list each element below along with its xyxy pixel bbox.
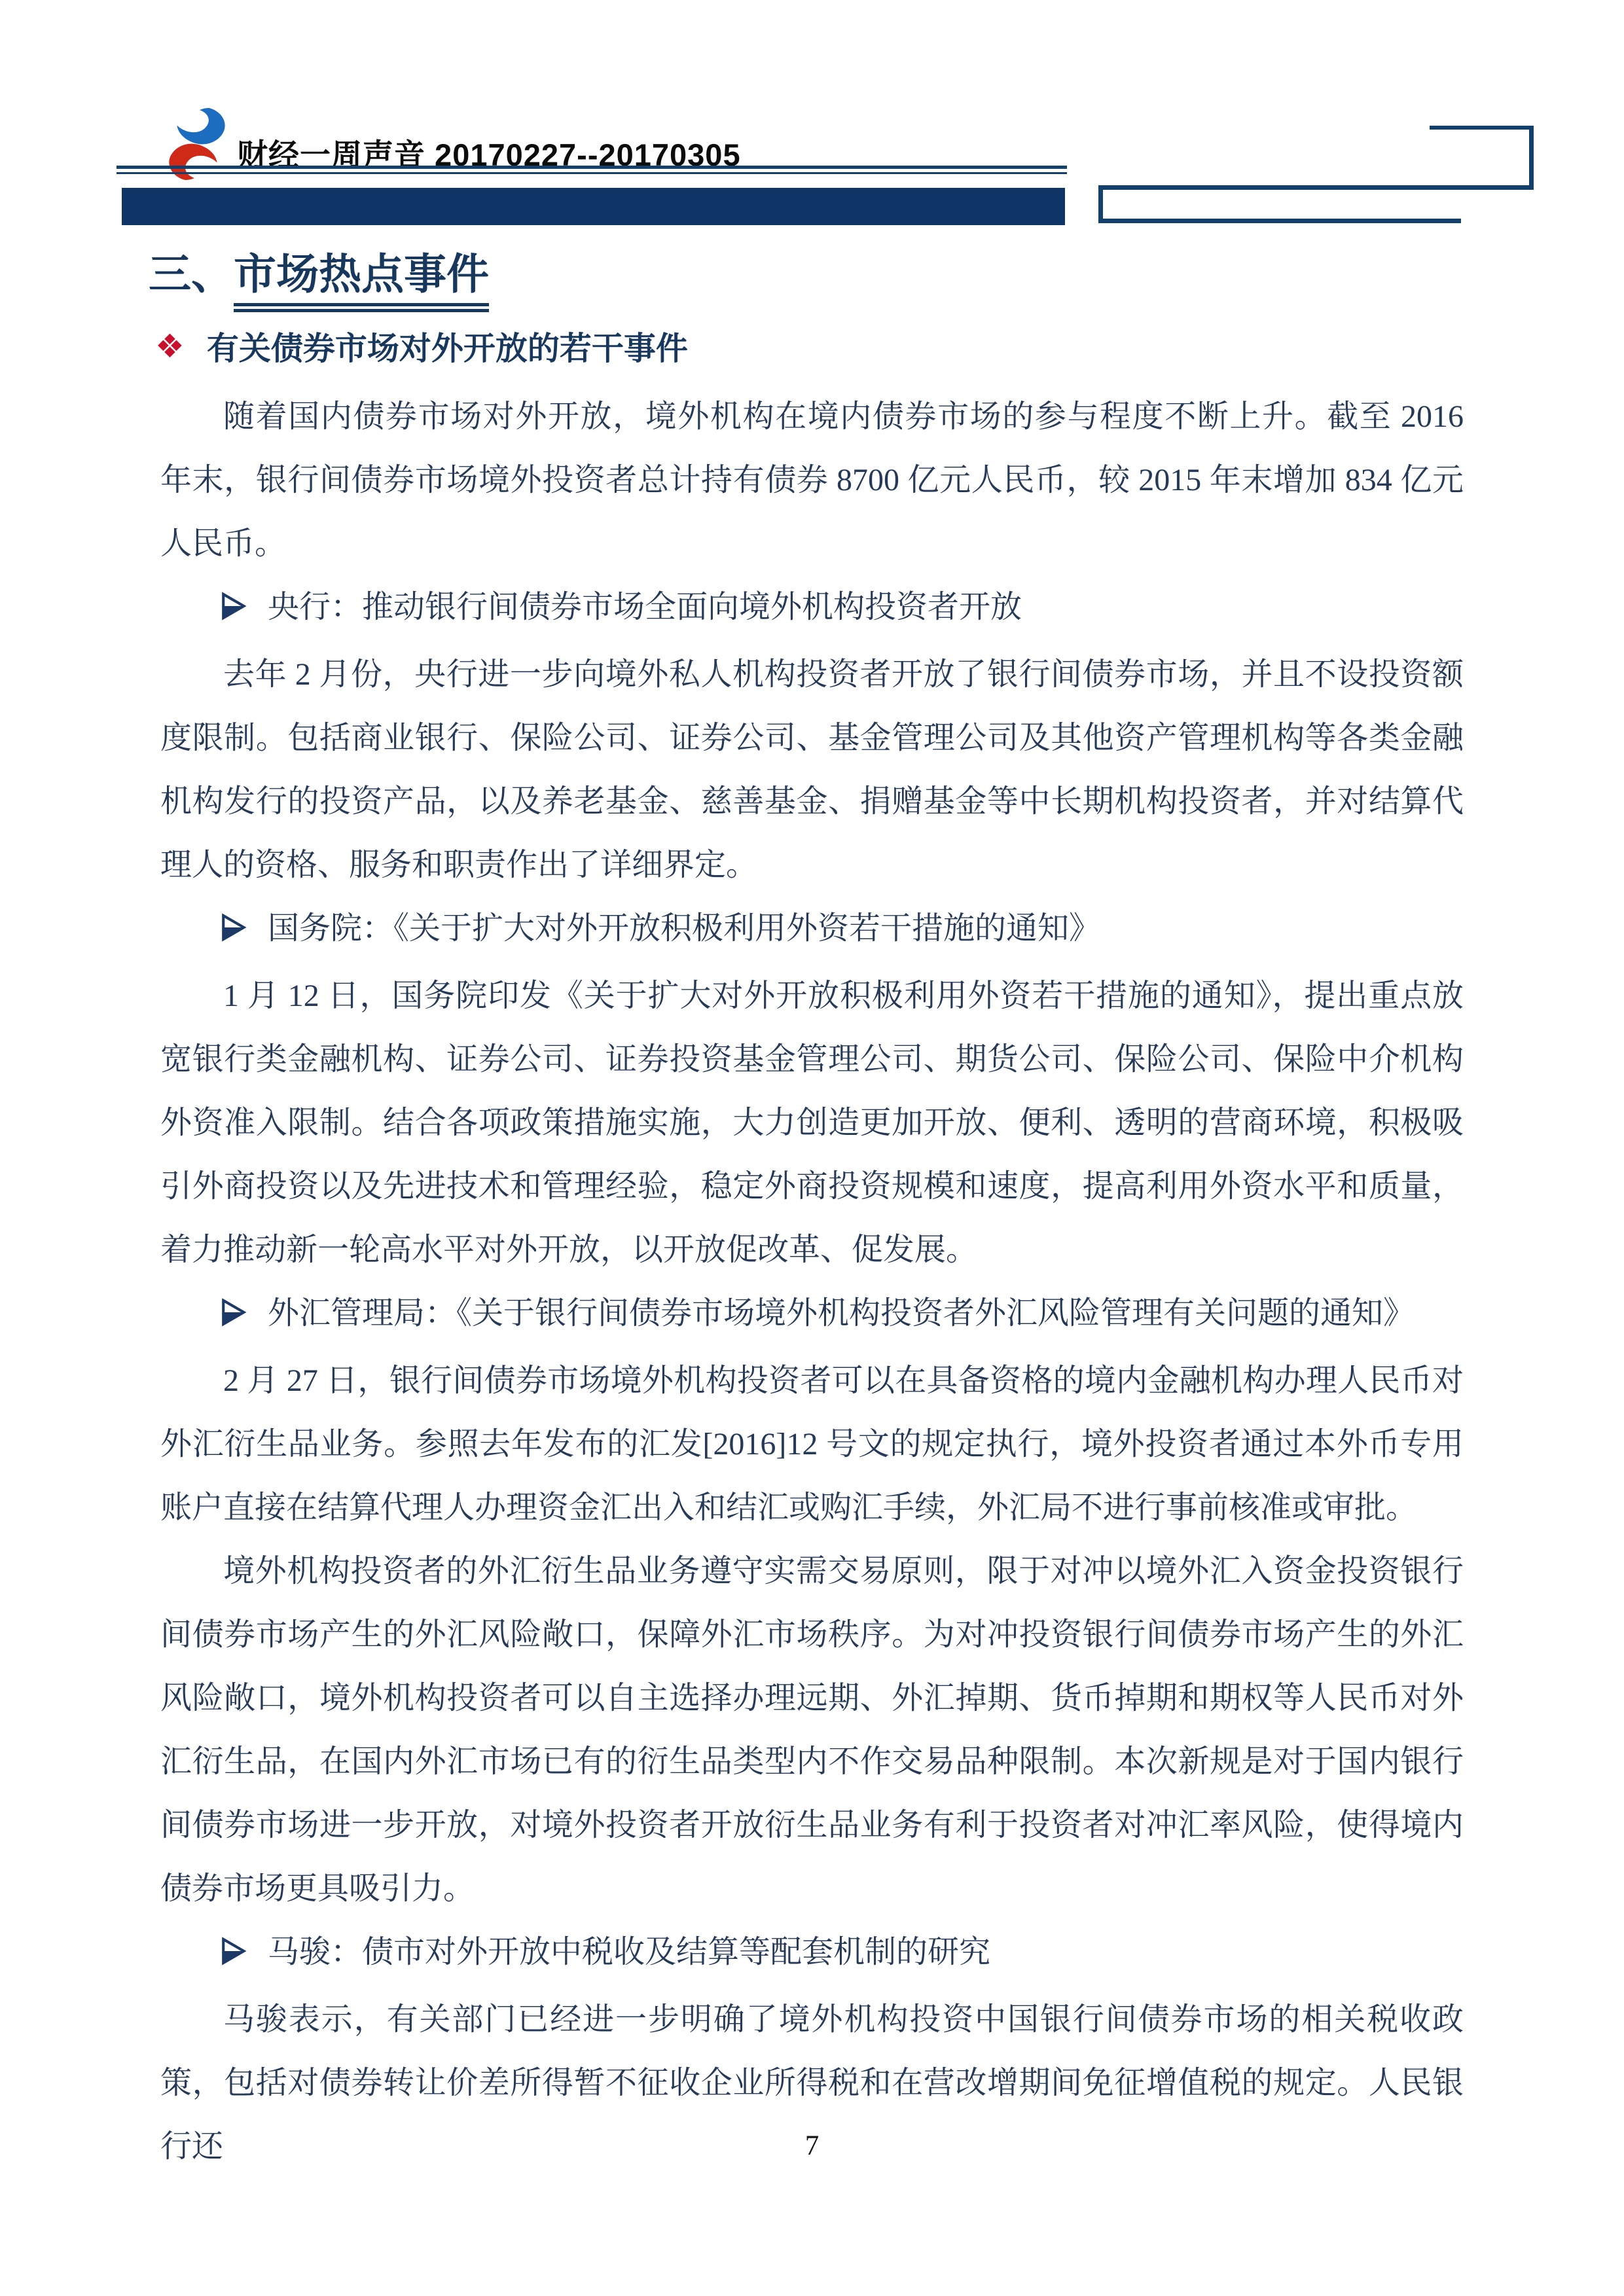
arrow-bullet-icon [218,1285,248,1349]
section-number: 三、 [149,251,234,298]
corner-frame-bottom-line [1098,219,1461,223]
corner-frame-top-line [1430,126,1533,130]
red-diamond-cluster-icon: ❖ [155,330,185,363]
corner-frame-middle-line [1098,185,1534,190]
content-area: 随着国内债券市场对外开放，境外机构在境内债券市场的参与程度不断上升。截至 201… [160,385,1464,2178]
topic-row: ❖ 有关债券市场对外开放的若干事件 [155,323,688,369]
navy-banner-bar [122,188,1065,225]
arrow-bullet-icon [218,579,248,643]
topic-title: 有关债券市场对外开放的若干事件 [207,323,688,369]
logo-red-swoosh [169,144,217,180]
section-title: 市场热点事件 [234,251,489,312]
body-paragraph: 2 月 27 日，银行间债券市场境外机构投资者可以在具备资格的境内金融机构办理人… [160,1349,1464,1539]
bullet-item: 央行：推动银行间债券市场全面向境外机构投资者开放 [160,575,1464,643]
arrow-bullet-icon [218,901,248,964]
bullet-text: 外汇管理局：《关于银行间债券市场境外机构投资者外汇风险管理有关问题的通知》 [268,1296,1415,1331]
bullet-item: 马骏：债市对外开放中税收及结算等配套机制的研究 [160,1920,1464,1988]
arrow-bullet-icon [218,1924,248,1988]
bullet-item: 国务院：《关于扩大对外开放积极利用外资若干措施的通知》 [160,897,1464,964]
body-paragraph: 随着国内债券市场对外开放，境外机构在境内债券市场的参与程度不断上升。截至 201… [160,385,1464,575]
corner-frame-left-line [1098,185,1103,223]
bullet-text: 国务院：《关于扩大对外开放积极利用外资若干措施的通知》 [268,911,1100,946]
section-heading: 三、市场热点事件 [149,240,489,301]
logo-blue-swoosh [177,108,225,144]
body-paragraph: 1 月 12 日，国务院印发《关于扩大对外开放积极利用外资若干措施的通知》，提出… [160,964,1464,1282]
document-page: 财经一周声音 20170227--20170305 三、市场热点事件 ❖ 有关债… [0,0,1624,2296]
body-paragraph: 境外机构投资者的外汇衍生品业务遵守实需交易原则，限于对冲以境外汇入资金投资银行间… [160,1539,1464,1920]
bullet-text: 央行：推动银行间债券市场全面向境外机构投资者开放 [268,590,1022,624]
bullet-text: 马骏：债市对外开放中税收及结算等配套机制的研究 [268,1935,990,1969]
corner-frame-right-line [1529,126,1534,188]
bullet-item: 外汇管理局：《关于银行间债券市场境外机构投资者外汇风险管理有关问题的通知》 [160,1282,1464,1349]
body-paragraph: 去年 2 月份，央行进一步向境外私人机构投资者开放了银行间债券市场，并且不设投资… [160,643,1464,897]
page-number: 7 [0,2130,1624,2162]
header-double-rule [117,166,1067,174]
